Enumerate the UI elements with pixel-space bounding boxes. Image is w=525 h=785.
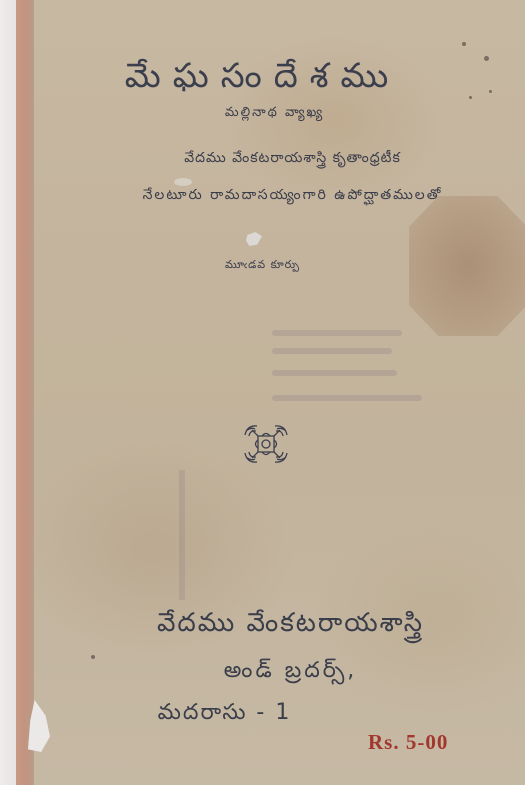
- bleed-through-text: [272, 348, 392, 354]
- introduction-credit: నేలటూరు రామదాసయ్యంగారి ఉపోద్ఘాతములతో: [30, 187, 525, 206]
- paper-scuff-mark: [174, 178, 192, 186]
- price-label: Rs. 5-00: [368, 730, 448, 755]
- publisher-city: మదరాసు - 1: [0, 700, 487, 730]
- book-subtitle: మల్లినాథ వ్యాఖ్య: [12, 105, 525, 123]
- book-title: మేఘసందేశము: [0, 56, 525, 104]
- paper-speck: [462, 42, 466, 46]
- floral-ornament-icon: [243, 423, 289, 465]
- paper-tear-mark: [246, 232, 262, 246]
- publisher-brothers: అండ్ బ్రదర్స్,: [28, 658, 525, 688]
- commentary-credit: వేదము వేంకటరాయశాస్త్రి కృతాంధ్రటీక: [30, 150, 525, 169]
- bleed-through-margin: [179, 470, 185, 600]
- bleed-through-text: [272, 395, 422, 401]
- edition-label: మూఁడవ కూర్పు: [0, 258, 525, 274]
- bleed-through-text: [272, 330, 402, 336]
- bleed-through-text: [272, 370, 397, 376]
- scanned-page: మేఘసందేశము మల్లినాథ వ్యాఖ్య వేదము వేంకటర…: [0, 0, 525, 785]
- publisher-name: వేదము వేంకటరాయశాస్త్రి: [28, 608, 525, 644]
